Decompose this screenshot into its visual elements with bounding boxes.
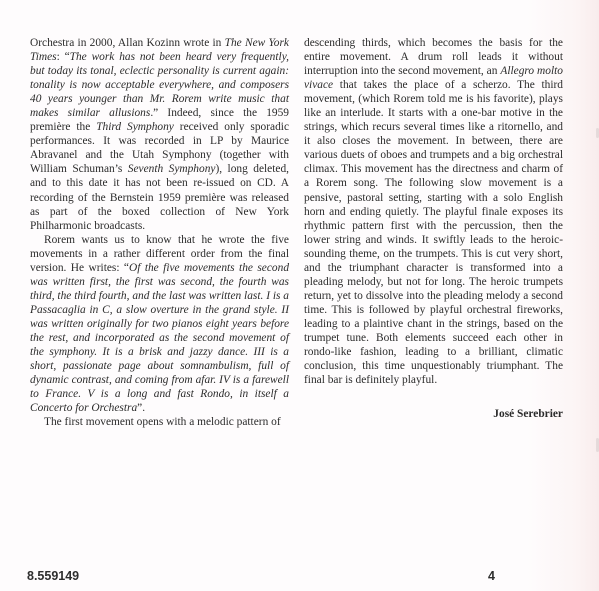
left-text-column: Orchestra in 2000, Allan Kozinn wrote in… <box>30 36 289 429</box>
paragraph-first-movement-intro: The first movement opens with a melodic … <box>30 415 289 429</box>
paragraph-kozinn-review: Orchestra in 2000, Allan Kozinn wrote in… <box>30 36 289 233</box>
italic-text: Third Symphony <box>96 121 174 133</box>
catalog-number: 8.559149 <box>27 569 79 583</box>
page-number: 4 <box>488 569 495 583</box>
body-text: The first movement opens with a melodic … <box>44 416 281 428</box>
body-text: ”. <box>137 402 145 414</box>
body-text: Orchestra in 2000, Allan Kozinn wrote in <box>30 37 225 49</box>
italic-text: Seventh Symphony <box>128 163 216 175</box>
body-text: : “ <box>57 51 70 63</box>
paragraph-movements-description: descending thirds, which becomes the bas… <box>304 36 563 387</box>
italic-text: Of the five movements the second was wri… <box>30 262 289 414</box>
right-text-column: descending thirds, which becomes the bas… <box>304 36 563 421</box>
paragraph-rorem-quote: Rorem wants us to know that he wrote the… <box>30 233 289 416</box>
booklet-page: Orchestra in 2000, Allan Kozinn wrote in… <box>0 0 599 591</box>
body-text: that takes the place of a scherzo. The t… <box>304 79 563 386</box>
author-signature: José Serebrier <box>304 407 563 421</box>
